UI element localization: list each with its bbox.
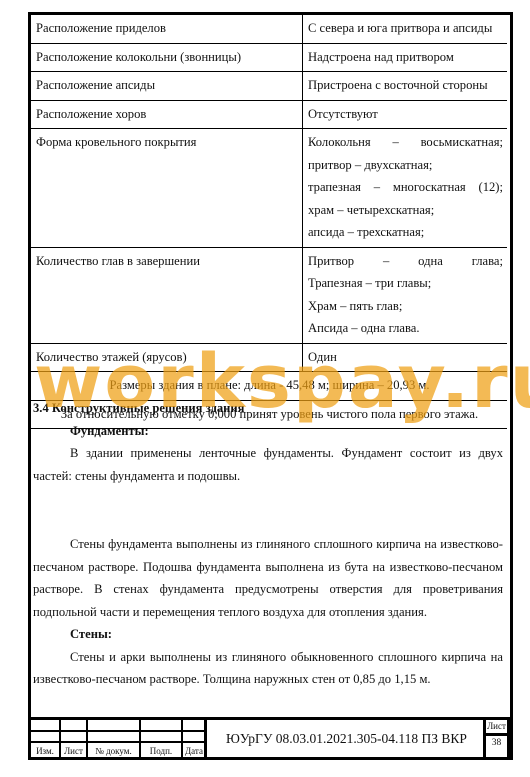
property-value-line: апсида – трехскатная; <box>308 221 503 244</box>
property-value-line: Храм – пять глав; <box>308 295 503 318</box>
table-row: Расположение колокольни (звонницы)Надстр… <box>31 43 507 72</box>
stamp-col-signature: Подп. <box>141 746 181 756</box>
property-value: Надстроена над притвором <box>303 43 508 72</box>
foundations-paragraph-1: В здании применены ленточные фундаменты.… <box>33 442 503 487</box>
property-value: С севера и юга притвора и апсиды <box>303 15 508 43</box>
property-label: Количество этажей (ярусов) <box>31 343 303 372</box>
property-label: Расположение хоров <box>31 100 303 129</box>
document-code: ЮУрГУ 08.03.01.2021.305-04.118 ПЗ ВКР <box>209 720 484 757</box>
property-label: Расположение приделов <box>31 15 303 43</box>
walls-heading: Стены: <box>33 623 503 646</box>
property-value-line: трапезная – многоскатная (12); <box>308 176 503 199</box>
stamp-col-date: Дата <box>183 746 205 756</box>
property-value-line: Один <box>308 346 503 369</box>
section-construction-continued: Стены фундамента выполнены из глиняного … <box>33 533 503 691</box>
property-value: Один <box>303 343 508 372</box>
title-block-stamp: Изм. Лист № докум. Подп. Дата ЮУрГУ 08.0… <box>28 717 510 760</box>
table-row: Форма кровельного покрытияКолокольня – в… <box>31 129 507 248</box>
property-value-line: Колокольня – восьмискатная; <box>308 131 503 154</box>
sheet-box: Лист 38 <box>483 720 507 757</box>
property-label: Расположение колокольни (звонницы) <box>31 43 303 72</box>
stamp-col-change: Изм. <box>31 746 59 756</box>
stamp-grid: Изм. Лист № докум. Подп. Дата <box>31 720 207 757</box>
property-label: Форма кровельного покрытия <box>31 129 303 248</box>
table-row-full: Размеры здания в плане: длина - 45,48 м;… <box>31 372 507 401</box>
property-value-line: храм – четырехскатная; <box>308 199 503 222</box>
table-row: Количество этажей (ярусов)Один <box>31 343 507 372</box>
sheet-number: 38 <box>486 738 507 748</box>
property-value-line: Надстроена над притвором <box>308 46 503 69</box>
property-value-line: Притвор – одна глава; <box>308 250 503 273</box>
property-label: Расположение апсиды <box>31 72 303 101</box>
property-value-line: притвор – двухскатная; <box>308 154 503 177</box>
table-row: Расположение хоровОтсутствуют <box>31 100 507 129</box>
property-value-line: Отсутствуют <box>308 103 503 126</box>
table-row: Расположение приделовС севера и юга прит… <box>31 15 507 43</box>
full-width-note: Размеры здания в плане: длина - 45,48 м;… <box>31 372 507 401</box>
walls-paragraph-1: Стены и арки выполнены из глиняного обык… <box>33 646 503 691</box>
sheet-label: Лист <box>486 720 507 736</box>
property-value-line: Апсида – одна глава. <box>308 317 503 340</box>
property-value-line: Трапезная – три главы; <box>308 272 503 295</box>
section-heading: 3.4 Конструктивные решения здания <box>33 397 503 420</box>
property-value-line: Пристроена с восточной стороны <box>308 74 503 97</box>
foundations-heading: Фундаменты: <box>33 420 503 443</box>
property-label: Количество глав в завершении <box>31 247 303 343</box>
table-row: Расположение апсидыПристроена с восточно… <box>31 72 507 101</box>
property-value: Колокольня – восьмискатная;притвор – дву… <box>303 129 508 248</box>
property-value: Отсутствуют <box>303 100 508 129</box>
property-value: Притвор – одна глава;Трапезная – три гла… <box>303 247 508 343</box>
section-construction: 3.4 Конструктивные решения здания Фундам… <box>33 397 503 487</box>
building-properties-table: Расположение приделовС севера и юга прит… <box>31 15 507 429</box>
foundations-paragraph-2: Стены фундамента выполнены из глиняного … <box>33 533 503 623</box>
table-row: Количество глав в завершенииПритвор – од… <box>31 247 507 343</box>
stamp-col-sheet: Лист <box>61 746 86 756</box>
property-value-line: С севера и юга притвора и апсиды <box>308 17 503 40</box>
stamp-col-doc-number: № докум. <box>88 746 139 756</box>
property-value: Пристроена с восточной стороны <box>303 72 508 101</box>
